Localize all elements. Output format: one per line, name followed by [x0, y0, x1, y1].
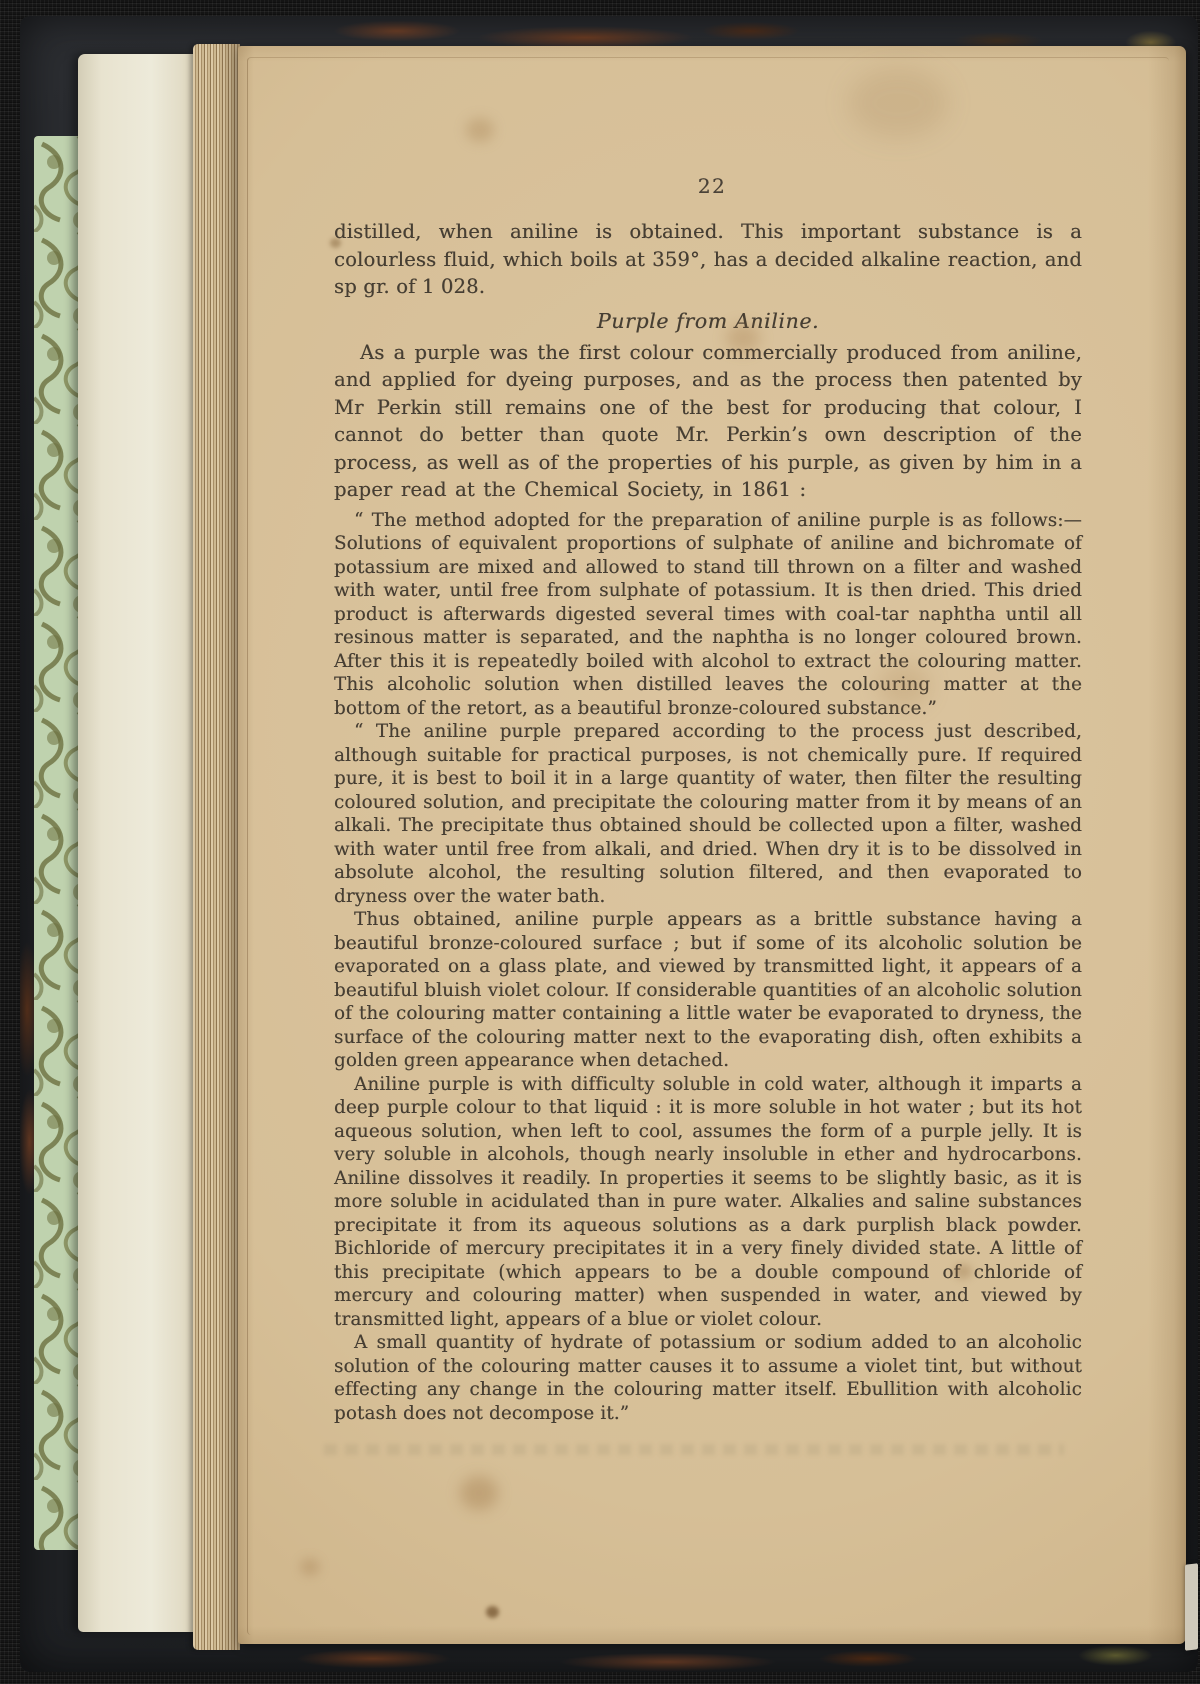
page-stain — [300, 1558, 320, 1576]
page-stain — [466, 118, 494, 142]
show-through-text — [324, 1444, 1064, 1455]
quote-paragraph: Aniline purple is with difficulty solubl… — [334, 1073, 1082, 1332]
quote-paragraph: Thus obtained, aniline purple appears as… — [334, 908, 1082, 1073]
quote-paragraph: “ The method adopted for the preparation… — [334, 509, 1082, 721]
page-edge-stack — [193, 44, 240, 1650]
paragraph-continuation: distilled, when aniline is obtained. Thi… — [334, 218, 1082, 301]
page-text-block: distilled, when aniline is obtained. Thi… — [334, 218, 1082, 1425]
quote-paragraph: “ The aniline purple prepared according … — [334, 720, 1082, 908]
facing-page — [78, 54, 196, 1632]
section-heading: Purple from Aniline. — [334, 309, 1082, 333]
loose-page-corner — [1185, 1563, 1198, 1651]
book-page: 22 distilled, when aniline is obtained. … — [238, 46, 1186, 1644]
quote-paragraph: A small quantity of hydrate of potassium… — [334, 1331, 1082, 1425]
book-photograph: 22 distilled, when aniline is obtained. … — [0, 0, 1200, 1684]
page-stain — [848, 68, 948, 138]
page-stain — [460, 1476, 498, 1510]
paragraph-intro: As a purple was the first colour commerc… — [334, 339, 1082, 504]
page-stain — [486, 1606, 499, 1618]
page-number: 22 — [238, 174, 1186, 198]
